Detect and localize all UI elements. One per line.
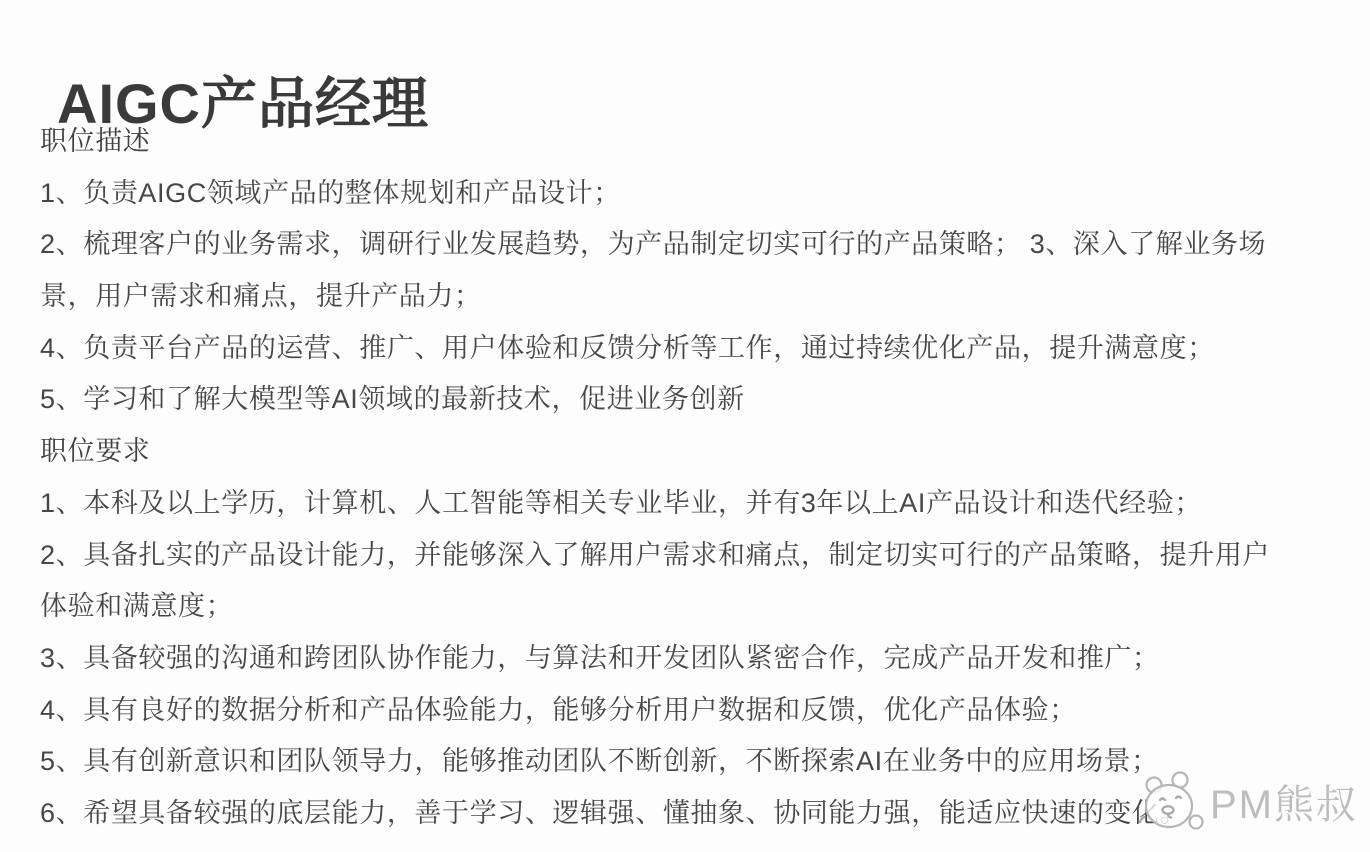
- section-heading-requirements: 职位要求: [40, 426, 1370, 478]
- jd-line: 2、具备扎实的产品设计能力，并能够深入了解用户需求和痛点，制定切实可行的产品策略…: [40, 530, 1370, 582]
- jd-line: 5、具有创新意识和团队领导力，能够推动团队不断创新，不断探索AI在业务中的应用场…: [40, 736, 1370, 788]
- jd-line: 1、负责AIGC领域产品的整体规划和产品设计；: [40, 168, 1370, 220]
- jd-line: 体验和满意度；: [40, 581, 1370, 633]
- jd-line: 5、学习和了解大模型等AI领域的最新技术，促进业务创新: [40, 374, 1370, 426]
- jd-line: 1、本科及以上学历，计算机、人工智能等相关专业毕业，并有3年以上AI产品设计和迭…: [40, 478, 1370, 530]
- jd-line: 景，用户需求和痛点，提升产品力；: [40, 271, 1370, 323]
- jd-line: 4、具有良好的数据分析和产品体验能力，能够分析用户数据和反馈，优化产品体验；: [40, 685, 1370, 737]
- job-description-page: AIGC产品经理 职位描述 1、负责AIGC领域产品的整体规划和产品设计； 2、…: [0, 0, 1370, 852]
- jd-line: 3、具备较强的沟通和跨团队协作能力，与算法和开发团队紧密合作，完成产品开发和推广…: [40, 633, 1370, 685]
- jd-line: 4、负责平台产品的运营、推广、用户体验和反馈分析等工作，通过持续优化产品，提升满…: [40, 323, 1370, 375]
- jd-line: 2、梳理客户的业务需求，调研行业发展趋势，为产品制定切实可行的产品策略； 3、深…: [40, 219, 1370, 271]
- job-description-body: 职位描述 1、负责AIGC领域产品的整体规划和产品设计； 2、梳理客户的业务需求…: [40, 116, 1370, 840]
- section-heading-description: 职位描述: [40, 116, 1370, 168]
- jd-line: 6、希望具备较强的底层能力，善于学习、逻辑强、懂抽象、协同能力强，能适应快速的变…: [40, 788, 1370, 840]
